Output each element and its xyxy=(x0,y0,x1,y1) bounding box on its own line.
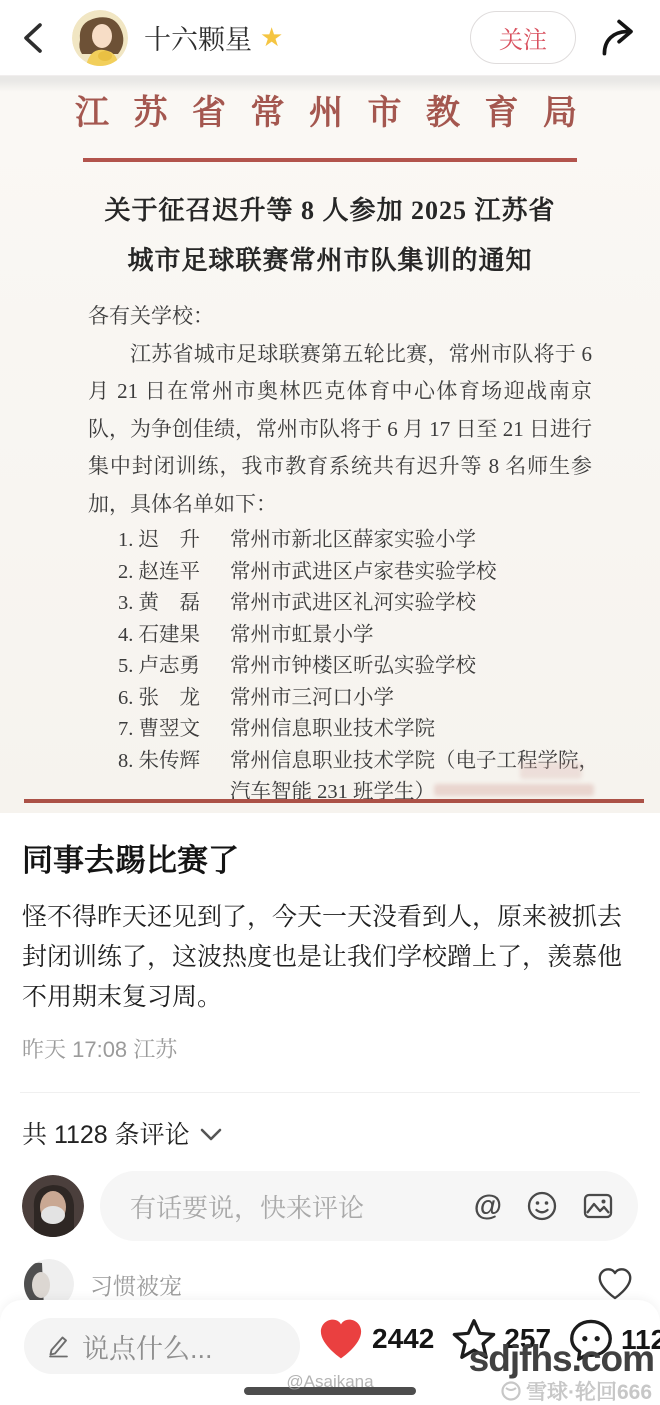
emoji-icon[interactable] xyxy=(526,1190,558,1222)
comment-input[interactable]: 有话要说，快来评论 @ xyxy=(100,1171,638,1241)
doc-body: 各有关学校： 江苏省城市足球联赛第五轮比赛，常州市队将于 6 月 21 日在常州… xyxy=(88,298,592,523)
back-button[interactable] xyxy=(18,18,58,58)
follow-button[interactable]: 关注 xyxy=(470,11,576,64)
comment-box-placeholder: 说点什么... xyxy=(82,1327,213,1366)
app-screen: 十六颗星 ★ 关注 江 苏 省 常 州 市 教 育 局 关于征召迟升等 8 人参… xyxy=(0,0,660,1405)
doc-watermark-blur xyxy=(520,762,582,779)
chevron-left-icon xyxy=(18,21,48,55)
author-avatar[interactable] xyxy=(72,10,128,66)
roster-school: 常州市武进区卢家巷实验学校 xyxy=(230,557,610,589)
roster-name: 6. 张 龙 xyxy=(118,683,230,715)
like-button[interactable]: 2442 xyxy=(318,1318,434,1360)
my-avatar[interactable] xyxy=(22,1175,84,1237)
roster-row: 3. 黄 磊 常州市武进区礼河实验学校 xyxy=(118,588,660,620)
post-image-document[interactable]: 江 苏 省 常 州 市 教 育 局 关于征召迟升等 8 人参加 2025 江苏省… xyxy=(0,76,660,813)
roster-row: 1. 迟 升 常州市新北区薛家实验小学 xyxy=(118,525,660,557)
roster-row: 6. 张 龙 常州市三河口小学 xyxy=(118,683,660,715)
post-content: 同事去踢比赛了 怪不得昨天还见到了，今天一天没看到人，原来被抓去封闭训练了，这波… xyxy=(0,813,660,1064)
mention-icon[interactable]: @ xyxy=(474,1190,502,1223)
comment-input-row: 有话要说，快来评论 @ xyxy=(0,1151,660,1241)
navbar: 十六颗星 ★ 关注 xyxy=(0,0,660,76)
roster-school: 常州市武进区礼河实验学校 xyxy=(230,588,610,620)
doc-title-line1: 关于征召迟升等 8 人参加 2025 江苏省 xyxy=(0,186,660,236)
roster-row: 5. 卢志勇 常州市钟楼区昕弘实验学校 xyxy=(118,651,660,683)
roster-name: 2. 赵连平 xyxy=(118,557,230,589)
watermark-handle: @Asaikana xyxy=(286,1372,373,1392)
comment-box[interactable]: 说点什么... xyxy=(24,1318,300,1374)
post-body: 怪不得昨天还见到了，今天一天没看到人，原来被抓去封闭训练了，这波热度也是让我们学… xyxy=(22,897,638,1017)
roster-name: 7. 曹翌文 xyxy=(118,714,230,746)
roster-school: 常州市新北区薛家实验小学 xyxy=(230,525,610,557)
comment-like-icon[interactable] xyxy=(596,1267,634,1301)
chevron-down-icon xyxy=(200,1128,222,1142)
doc-salutation: 各有关学校： xyxy=(88,298,592,336)
roster-school: 常州信息职业技术学院 xyxy=(230,714,610,746)
doc-watermark-blur xyxy=(434,784,594,796)
author-avatar-image xyxy=(72,10,128,66)
roster-school: 常州市三河口小学 xyxy=(230,683,610,715)
share-arrow-icon xyxy=(598,16,642,60)
comments-header[interactable]: 共 1128 条评论 xyxy=(0,1093,660,1151)
commenter-username[interactable]: 习惯被宠 xyxy=(90,1268,596,1301)
roster-row: 7. 曹翌文 常州信息职业技术学院 xyxy=(118,714,660,746)
author-name[interactable]: 十六颗星 ★ xyxy=(144,18,470,57)
heart-icon xyxy=(318,1318,364,1360)
share-icon[interactable] xyxy=(598,16,642,60)
image-icon[interactable] xyxy=(582,1190,614,1222)
comment-item: 习惯被宠 xyxy=(0,1241,660,1309)
roster-school: 常州市虹景小学 xyxy=(230,620,610,652)
post-meta: 昨天 17:08 江苏 xyxy=(22,1033,638,1064)
doc-header-rule xyxy=(83,158,577,162)
my-avatar-image xyxy=(22,1175,84,1237)
doc-title: 关于征召迟升等 8 人参加 2025 江苏省 城市足球联赛常州市队集训的通知 xyxy=(0,186,660,286)
comment-placeholder: 有话要说，快来评论 xyxy=(130,1188,474,1225)
roster-school: 常州市钟楼区昕弘实验学校 xyxy=(230,651,610,683)
roster-row: 2. 赵连平 常州市武进区卢家巷实验学校 xyxy=(118,557,660,589)
pencil-icon xyxy=(46,1334,70,1358)
like-count: 2442 xyxy=(372,1323,434,1355)
doc-title-line2: 城市足球联赛常州市队集训的通知 xyxy=(0,236,660,286)
doc-bottom-rule xyxy=(24,799,644,803)
comments-count: 共 1128 条评论 xyxy=(22,1115,190,1151)
post-title: 同事去踢比赛了 xyxy=(22,841,638,881)
doc-agency-header: 江 苏 省 常 州 市 教 育 局 xyxy=(0,92,660,136)
roster-name: 1. 迟 升 xyxy=(118,525,230,557)
author-username: 十六颗星 xyxy=(144,18,252,57)
xueqiu-logo-icon xyxy=(501,1381,521,1401)
star-badge-icon: ★ xyxy=(260,22,283,53)
roster-name: 4. 石建果 xyxy=(118,620,230,652)
watermark-site: sdjfhs.com xyxy=(469,1338,654,1380)
roster-row: 4. 石建果 常州市虹景小学 xyxy=(118,620,660,652)
watermark-xueqiu: 雪球·轮回666 xyxy=(501,1376,652,1405)
roster-name: 3. 黄 磊 xyxy=(118,588,230,620)
doc-paragraph: 江苏省城市足球联赛第五轮比赛，常州市队将于 6 月 21 日在常州市奥林匹克体育… xyxy=(88,336,592,524)
roster-name: 5. 卢志勇 xyxy=(118,651,230,683)
